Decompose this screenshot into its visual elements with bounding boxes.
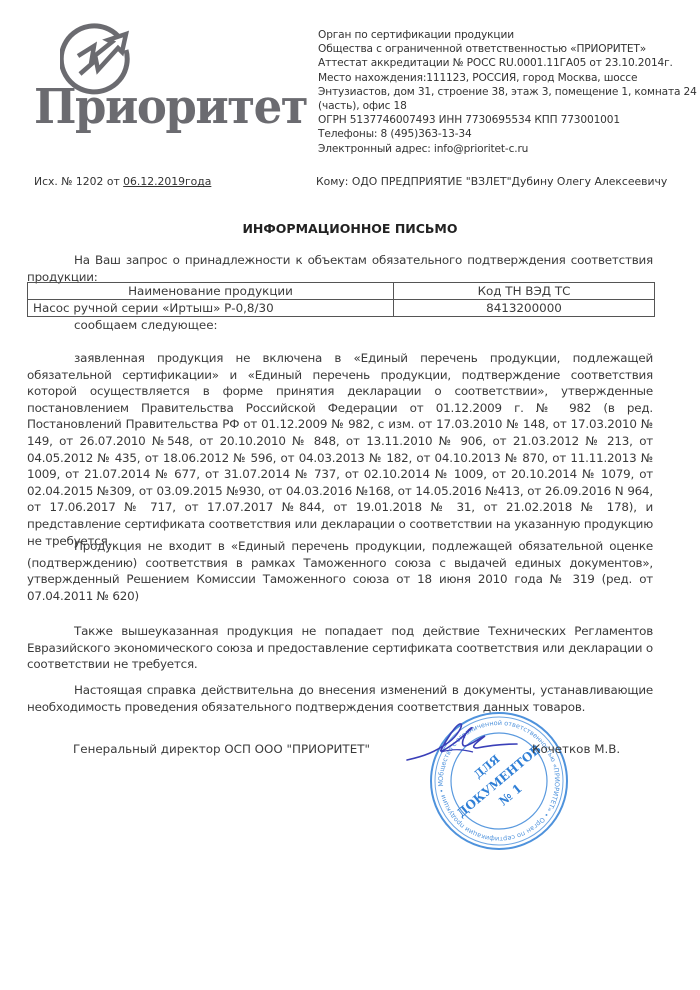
cell-product-name: Насос ручной серии «Иртыш» Р-0,8/30 <box>28 300 394 317</box>
org-line: Аттестат аккредитации № РОСС RU.0001.11Г… <box>318 56 697 70</box>
org-line: Орган по сертификации продукции <box>318 28 697 42</box>
signatory-position: Генеральный директор ОСП ООО "ПРИОРИТЕТ" <box>73 742 370 756</box>
product-table: Наименование продукции Код ТН ВЭД ТС Нас… <box>27 282 655 317</box>
signatory-name: Кочетков М.В. <box>532 742 620 756</box>
outgoing-reference: Исх. № 1202 от 06.12.2019года <box>34 175 211 188</box>
org-line: (часть), офис 18 <box>318 99 697 113</box>
company-wordmark: Приоритет <box>34 79 307 135</box>
header-product-name: Наименование продукции <box>28 283 394 300</box>
request-paragraph: На Ваш запрос о принадлежности к объекта… <box>27 252 653 285</box>
org-line: Место нахождения:111123, РОССИЯ, город М… <box>318 71 697 85</box>
reference-prefix: Исх. № 1202 от <box>34 175 123 188</box>
header-hs-code: Код ТН ВЭД ТС <box>394 283 655 300</box>
org-line: Энтузиастов, дом 31, строение 38, этаж 3… <box>318 85 697 99</box>
org-line: Телефоны: 8 (495)363-13-34 <box>318 127 697 141</box>
table-row: Насос ручной серии «Иртыш» Р-0,8/30 8413… <box>28 300 655 317</box>
paragraph-not-in-list: заявленная продукция не включена в «Един… <box>27 350 653 549</box>
paragraph-technical-regulations: Также вышеуказанная продукция не попадае… <box>27 623 653 673</box>
recipient: Кому: ОДО ПРЕДПРИЯТИЕ "ВЗЛЕТ"Дубину Олег… <box>316 175 667 188</box>
report-intro: сообщаем следующее: <box>74 318 218 332</box>
cell-hs-code: 8413200000 <box>394 300 655 317</box>
org-line: ОГРН 5137746007493 ИНН 7730695534 КПП 77… <box>318 113 697 127</box>
org-line: Общества с ограниченной ответственностью… <box>318 42 697 56</box>
reference-date: 06.12.2019года <box>123 175 211 188</box>
org-line: Электронный адрес: info@prioritet-c.ru <box>318 142 697 156</box>
table-header-row: Наименование продукции Код ТН ВЭД ТС <box>28 283 655 300</box>
paragraph-customs-union: Продукция не входит в «Единый перечень п… <box>27 538 653 604</box>
document-title: ИНФОРМАЦИОННОЕ ПИСЬМО <box>0 221 700 236</box>
organization-details: Орган по сертификации продукции Общества… <box>318 28 697 156</box>
handwritten-signature-icon <box>405 712 520 767</box>
